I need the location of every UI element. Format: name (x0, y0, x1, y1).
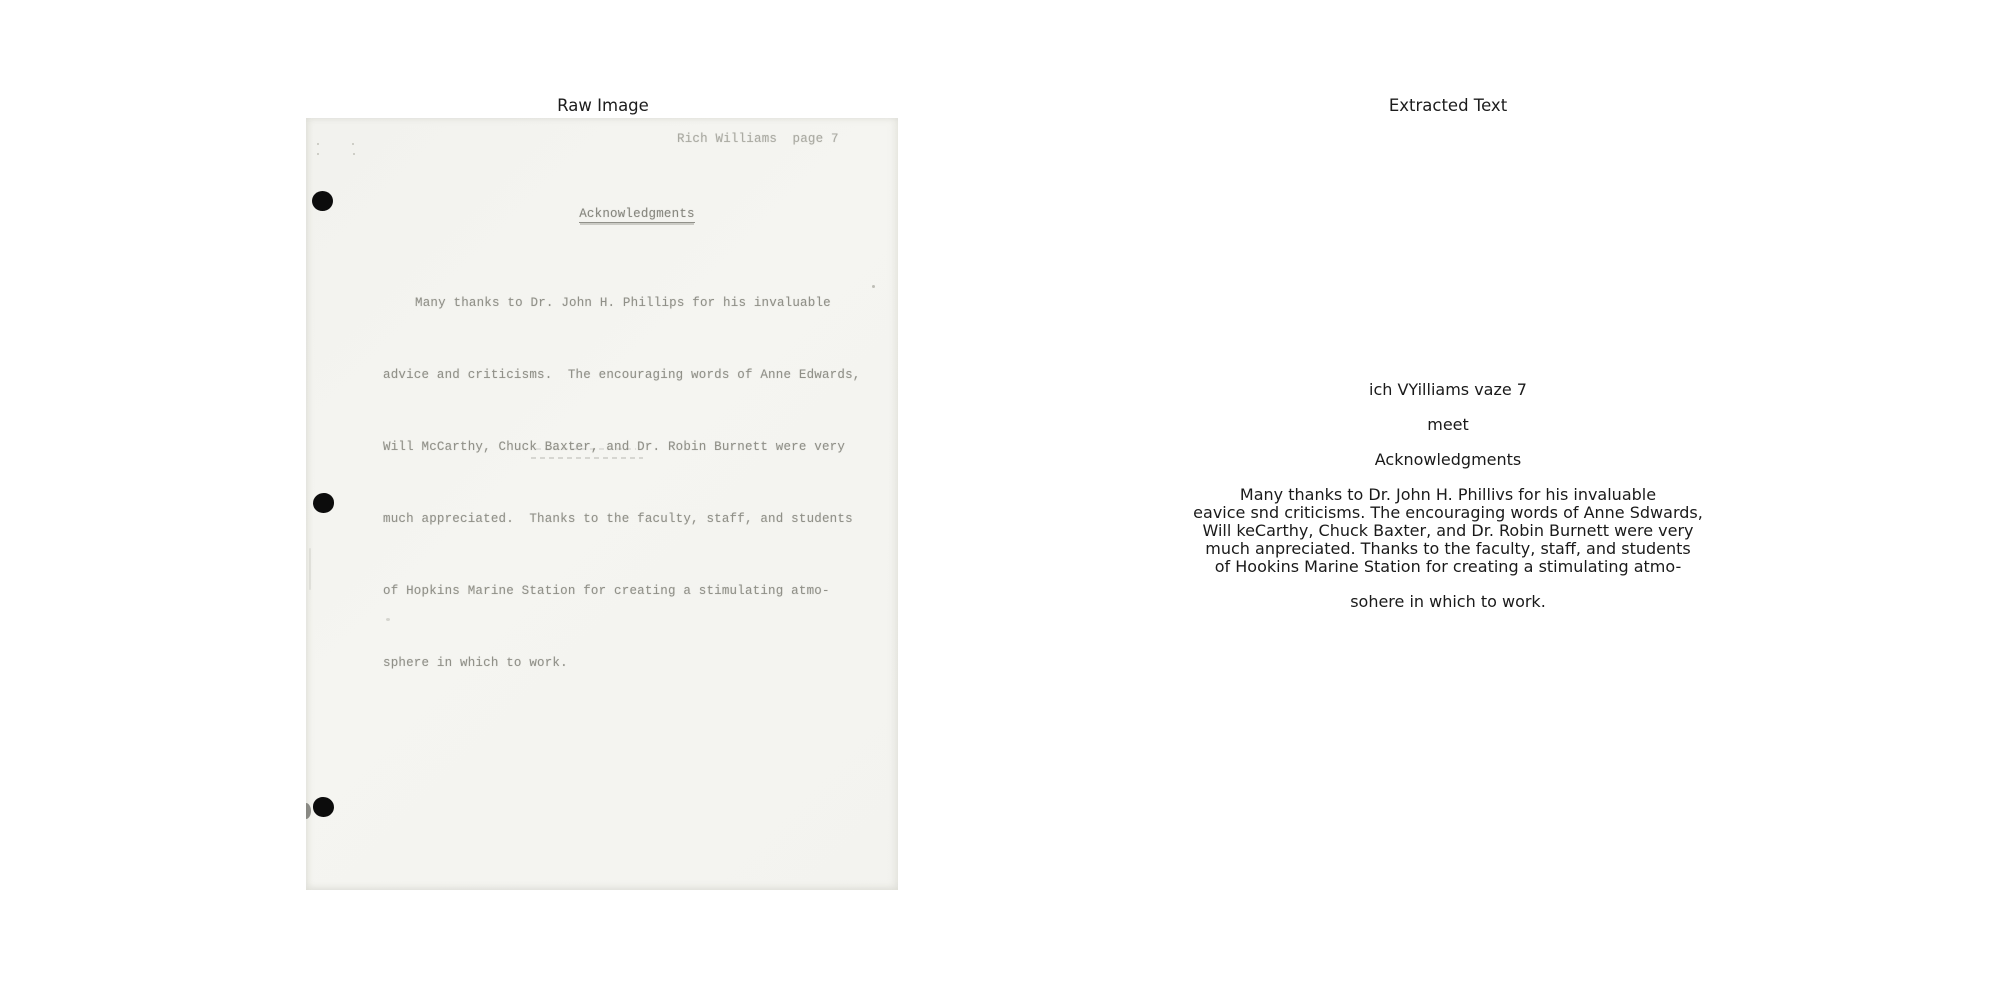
extracted-line: much anpreciated. Thanks to the faculty,… (1193, 540, 1703, 558)
page-heading-typed: Acknowledgments (533, 193, 695, 235)
page-edge-mark (306, 803, 311, 819)
faded-text-smudge (531, 457, 643, 459)
typed-line: of Hopkins Marine Station for creating a… (383, 579, 860, 603)
page-header-typed: Rich Williams page 7 (677, 132, 839, 146)
extracted-text-title: Extracted Text (1389, 96, 1507, 115)
figure-canvas: Raw Image Extracted Text Rich Williams p… (0, 0, 2000, 1000)
typed-line: Many thanks to Dr. John H. Phillips for … (383, 291, 860, 315)
scanned-page: Rich Williams page 7 Acknowledgments Man… (306, 118, 898, 890)
typed-line: much appreciated. Thanks to the faculty,… (383, 507, 860, 531)
acknowledgments-heading-text: Acknowledgments (579, 207, 695, 223)
extracted-line: eavice snd criticisms. The encouraging w… (1193, 504, 1703, 522)
extracted-line: ich VYilliams vaze 7 (1193, 381, 1703, 399)
extracted-line: Acknowledgments (1193, 451, 1703, 469)
raw-image-title: Raw Image (557, 96, 649, 115)
page-speck (317, 153, 319, 155)
hole-punch-top (312, 191, 333, 211)
page-edge-scratch (309, 548, 311, 590)
hole-punch-bottom (313, 797, 334, 817)
extracted-line: of Hookins Marine Station for creating a… (1193, 558, 1703, 576)
page-speck (352, 143, 354, 145)
extracted-line: Will keCarthy, Chuck Baxter, and Dr. Rob… (1193, 522, 1703, 540)
faded-text-smudge (536, 448, 636, 450)
hole-punch-middle (313, 493, 334, 513)
page-speck (872, 285, 875, 288)
extracted-text-block: ich VYilliams vaze 7 meet Acknowledgment… (1193, 381, 1703, 611)
typed-line: advice and criticisms. The encouraging w… (383, 363, 860, 387)
typed-line: Will McCarthy, Chuck Baxter, and Dr. Rob… (383, 435, 860, 459)
page-speck (317, 143, 319, 145)
page-body-typed: Many thanks to Dr. John H. Phillips for … (383, 243, 860, 723)
extracted-line: Many thanks to Dr. John H. Phillivs for … (1193, 486, 1703, 504)
page-speck (353, 153, 355, 155)
extracted-line: sohere in which to work. (1193, 593, 1703, 611)
extracted-line: meet (1193, 416, 1703, 434)
extracted-paragraph: Many thanks to Dr. John H. Phillivs for … (1193, 486, 1703, 576)
typed-line: sphere in which to work. (383, 651, 860, 675)
